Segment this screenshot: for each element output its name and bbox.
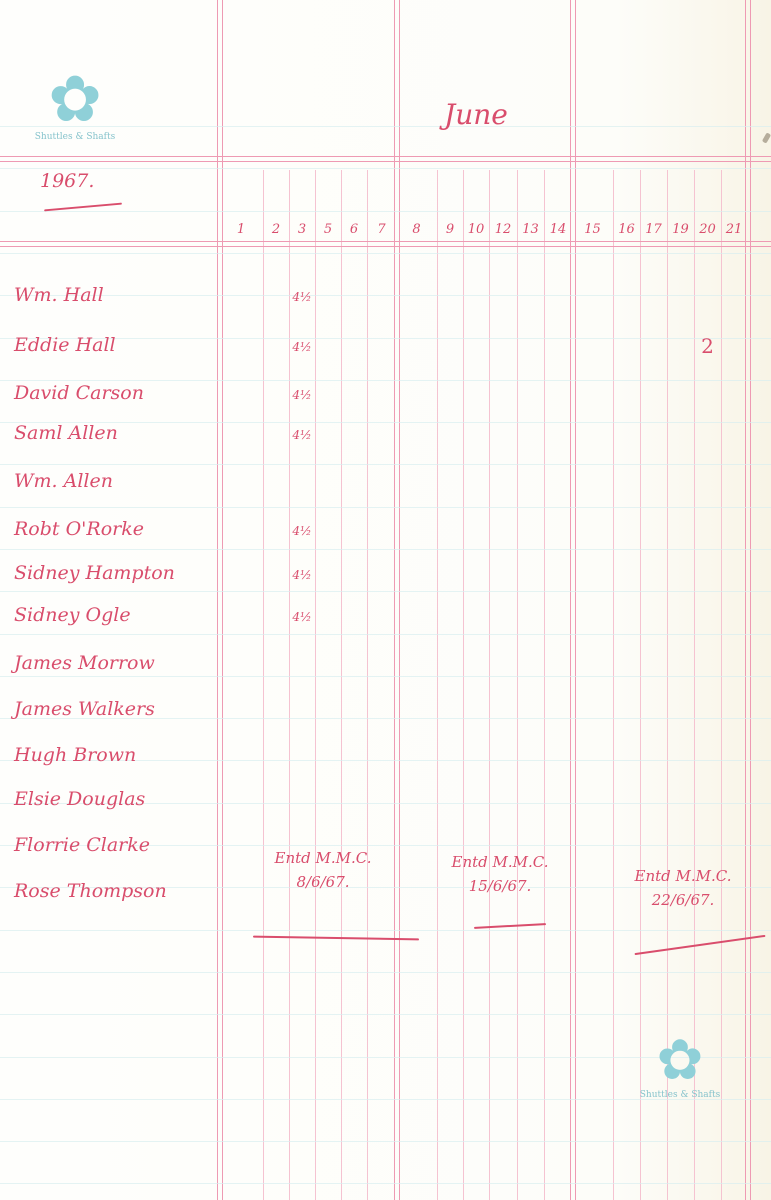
ruling-column-line — [489, 170, 490, 1200]
day-header-14: 14 — [545, 222, 571, 237]
employee-name: Wm. Allen — [14, 470, 113, 492]
note-2-underline — [474, 923, 546, 929]
faint-row-line — [0, 591, 771, 592]
ruling-column-line — [263, 170, 264, 1200]
ruling-column-line — [367, 170, 368, 1200]
day-header-9: 9 — [437, 222, 463, 237]
employee-name: Hugh Brown — [14, 744, 136, 766]
hours-entry: 2 — [695, 334, 721, 358]
faint-row-line — [0, 549, 771, 550]
ruling-column-line — [544, 170, 545, 1200]
day-header-10: 10 — [463, 222, 489, 237]
employee-name: Elsie Douglas — [14, 788, 145, 810]
faint-row-line — [0, 168, 771, 169]
day-header-5: 5 — [315, 222, 341, 237]
hours-entry: 4½ — [289, 340, 315, 354]
employee-name: Saml Allen — [14, 422, 118, 444]
faint-row-line — [0, 634, 771, 635]
day-header-16: 16 — [614, 222, 640, 237]
note-2: Entd M.M.C. 15/6/67. — [430, 850, 570, 898]
faint-row-line — [0, 507, 771, 508]
watermark-bottom: ✿ Shuttles & Shafts — [630, 1032, 730, 1100]
employee-name: David Carson — [14, 382, 144, 404]
faint-row-line — [0, 295, 771, 296]
employee-name: Wm. Hall — [14, 284, 104, 306]
hours-entry: 4½ — [289, 428, 315, 442]
note-3-line1: Entd M.M.C. — [598, 864, 768, 888]
ruling-column-line — [517, 170, 518, 1200]
faint-row-line — [0, 972, 771, 973]
employee-name: Sidney Ogle — [14, 604, 131, 626]
knot-flower-icon: ✿ — [630, 1032, 730, 1090]
ledger-page: ✿ Shuttles & Shafts 1967. June 123567891… — [0, 0, 771, 1200]
watermark-text: Shuttles & Shafts — [630, 1090, 730, 1100]
year-label: 1967. — [40, 170, 94, 192]
day-header-20: 20 — [695, 222, 721, 237]
faint-row-line — [0, 380, 771, 381]
ruling-column-line — [289, 170, 290, 1200]
employee-name: Rose Thompson — [14, 880, 167, 902]
day-header-2: 2 — [263, 222, 289, 237]
employee-name: Eddie Hall — [14, 334, 116, 356]
faint-row-line — [0, 930, 771, 931]
note-2-date: 15/6/67. — [430, 874, 570, 898]
watermark-top: ✿ Shuttles & Shafts — [20, 68, 130, 142]
day-header-3: 3 — [289, 222, 315, 237]
hours-entry: 4½ — [289, 290, 315, 304]
hours-entry: 4½ — [289, 610, 315, 624]
employee-name: James Morrow — [14, 652, 155, 674]
faint-row-line — [0, 464, 771, 465]
faint-row-line — [0, 1014, 771, 1015]
knot-flower-icon: ✿ — [20, 68, 130, 132]
day-header-17: 17 — [641, 222, 667, 237]
ruling-column-line — [341, 170, 342, 1200]
day-header-15: 15 — [580, 222, 606, 237]
day-header-19: 19 — [668, 222, 694, 237]
watermark-text: Shuttles & Shafts — [20, 132, 130, 142]
note-1-date: 8/6/67. — [238, 870, 408, 894]
faint-row-line — [0, 211, 771, 212]
ruling-column-line — [463, 170, 464, 1200]
day-header-6: 6 — [341, 222, 367, 237]
note-3: Entd M.M.C. 22/6/67. — [598, 864, 768, 912]
day-header-21: 21 — [721, 222, 747, 237]
day-header-1: 1 — [228, 222, 254, 237]
hours-entry: 4½ — [289, 568, 315, 582]
note-2-line1: Entd M.M.C. — [430, 850, 570, 874]
ruling-column-line — [394, 0, 400, 1200]
employee-name: Sidney Hampton — [14, 562, 175, 584]
note-3-date: 22/6/67. — [598, 888, 768, 912]
note-1-line1: Entd M.M.C. — [238, 846, 408, 870]
ruling-column-line — [613, 170, 614, 1200]
note-1: Entd M.M.C. 8/6/67. — [238, 846, 408, 894]
employee-name: Florrie Clarke — [14, 834, 150, 856]
day-header-13: 13 — [518, 222, 544, 237]
ruling-column-line — [315, 170, 316, 1200]
ruling-header-line — [0, 241, 771, 247]
hours-entry: 4½ — [289, 388, 315, 402]
page-smudge — [762, 132, 771, 143]
day-header-7: 7 — [369, 222, 395, 237]
ruling-column-line — [437, 170, 438, 1200]
ruling-column-line — [570, 0, 576, 1200]
faint-row-line — [0, 1141, 771, 1142]
employee-name: James Walkers — [14, 698, 155, 720]
ruling-header-line — [0, 156, 771, 162]
faint-row-line — [0, 676, 771, 677]
month-label: June — [444, 98, 508, 131]
day-header-8: 8 — [404, 222, 430, 237]
ruling-column-line — [217, 0, 223, 1200]
day-header-12: 12 — [490, 222, 516, 237]
hours-entry: 4½ — [289, 524, 315, 538]
ruling-column-line — [745, 0, 751, 1200]
faint-row-line — [0, 1183, 771, 1184]
employee-name: Robt O'Rorke — [14, 518, 144, 540]
faint-row-line — [0, 253, 771, 254]
